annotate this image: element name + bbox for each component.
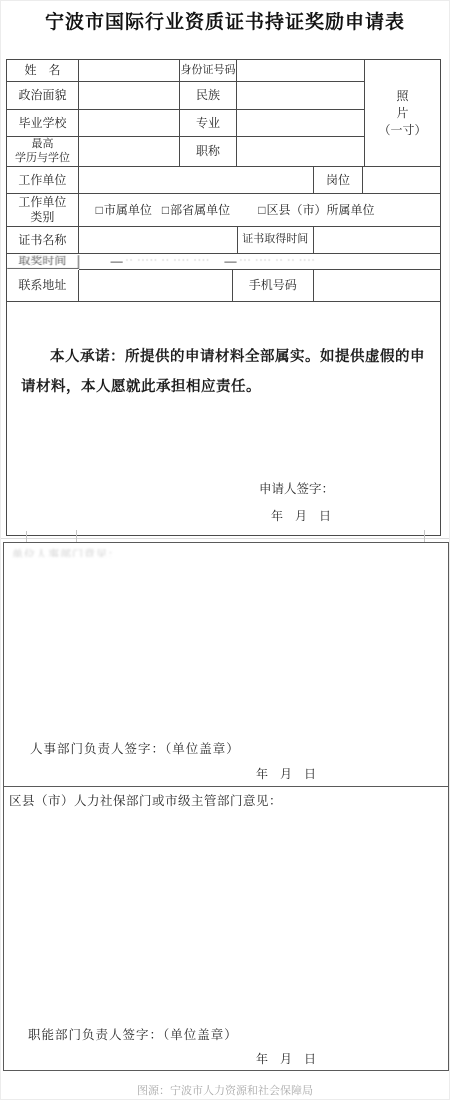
name-label: 姓 名 [7, 60, 79, 82]
table-row: 本人承诺：所提供的申请材料全部属实。如提供虚假的申请材料，本人愿就此承担相应责任… [7, 302, 440, 535]
form-title: 宁波市国际行业资质证书持证奖励申请表 [1, 7, 449, 34]
table-row: 证书名称 证书取得时间 [7, 227, 440, 254]
table-row: 联系地址 手机号码 [7, 270, 440, 302]
hr-date-line: 年 月 日 [256, 765, 316, 782]
checkbox-icon: □ [96, 203, 103, 217]
garbled-dash: — [111, 254, 123, 268]
district-opinion-header: 区县（市）人力社保部门或市级主管部门意见： [9, 791, 282, 809]
certificate-name-label: 证书名称 [7, 227, 79, 254]
table-row: 取奖时间 — ·· ····· ·· ···· ···· — ··· ···· … [7, 254, 440, 270]
major-label: 专业 [180, 110, 237, 137]
professional-title-label: 职称 [180, 137, 237, 167]
applicant-signature-label: 申请人签字： [259, 482, 334, 498]
source-caption: 图源：宁波市人力资源和社会保障局 [1, 1082, 449, 1098]
highest-degree-label: 最高 学历与学位 [7, 137, 79, 167]
school-label: 毕业学校 [7, 110, 79, 137]
post-label: 岗位 [314, 167, 364, 194]
seam-artifact [1, 538, 449, 539]
unit-type-label-line1: 工作单位 [18, 195, 66, 210]
contact-address-value-cell [79, 270, 233, 302]
unit-type-option: □市属单位 [96, 203, 152, 218]
unit-type-option: □部省属单位 [162, 203, 230, 218]
unit-type-label: 工作单位 类别 [7, 194, 79, 227]
review-opinions-table: 单位人事部门意见： 人事部门负责人签字：（单位盖章） 年 月 日 区县（市）人力… [3, 542, 449, 1071]
id-number-value-cell [237, 60, 365, 82]
garbled-text: ··· ···· ·· ·· ···· [239, 254, 315, 267]
garbled-text: ·· ····· ·· ···· ···· [126, 254, 211, 267]
highest-degree-label-line1: 最高 [32, 138, 54, 152]
table-row: 工作单位 类别 □市属单位 □部省属单位 □区县（市）所属单位 [7, 194, 440, 227]
id-number-label: 身份证号码 [180, 60, 237, 82]
political-status-label: 政治面貌 [7, 82, 79, 110]
table-row: 工作单位 岗位 [7, 167, 440, 194]
photo-label-line1: 照 [396, 88, 408, 105]
unit-type-option: □区县（市）所属单位 [258, 203, 374, 218]
contact-address-label: 联系地址 [7, 270, 79, 302]
section-divider [4, 786, 448, 787]
name-value-cell [79, 60, 180, 82]
unit-type-option-label: 市属单位 [104, 203, 152, 217]
degree-value-cell [79, 137, 180, 167]
award-time-label: 取奖时间 [7, 255, 79, 269]
mobile-value-cell [314, 270, 440, 302]
dept-date-line: 年 月 日 [256, 1050, 316, 1067]
certificate-time-label: 证书取得时间 [238, 227, 314, 254]
post-value-cell [363, 167, 440, 194]
highest-degree-label-line2: 学历与学位 [15, 152, 70, 166]
unit-type-options-cell: □市属单位 □部省属单位 □区县（市）所属单位 [79, 194, 440, 227]
garbled-dash: — [224, 254, 236, 268]
major-value-cell [237, 110, 365, 137]
mobile-label: 手机号码 [233, 270, 314, 302]
hr-opinion-faded-header: 单位人事部门意见： [12, 546, 120, 557]
checkbox-icon: □ [162, 203, 169, 217]
ethnicity-label: 民族 [180, 82, 237, 110]
checkbox-icon: □ [258, 203, 265, 217]
photo-cell: 照 片 （一寸） [365, 60, 440, 167]
unit-type-option-label: 部省属单位 [170, 203, 230, 217]
award-time-content-cell: — ·· ····· ·· ···· ···· — ··· ···· ·· ··… [79, 254, 440, 270]
work-unit-label: 工作单位 [7, 167, 79, 194]
photo-label-line3: （一寸） [378, 122, 426, 139]
dept-signature-line: 职能部门负责人签字：（单位盖章） [28, 1025, 238, 1043]
application-form-table: 姓 名 身份证号码 政治面貌 民族 毕业学校 专业 最高 学历与学位 职称 [6, 59, 441, 536]
hr-signature-line: 人事部门负责人签字：（单位盖章） [30, 739, 240, 757]
applicant-date-line: 年 月 日 [271, 509, 331, 524]
photo-label-line2: 片 [396, 105, 408, 122]
unit-type-label-line2: 类别 [30, 210, 54, 225]
document-page: 宁波市国际行业资质证书持证奖励申请表 姓 名 身份证号码 政治面貌 民族 毕业学… [0, 0, 450, 1100]
professional-title-value-cell [237, 137, 365, 167]
certificate-time-value-cell [314, 227, 440, 254]
political-status-value-cell [79, 82, 180, 110]
school-value-cell [79, 110, 180, 137]
ethnicity-value-cell [237, 82, 365, 110]
declaration-text: 本人承诺：所提供的申请材料全部属实。如提供虚假的申请材料，本人愿就此承担相应责任… [21, 342, 428, 402]
certificate-name-value-cell [79, 227, 238, 254]
declaration-cell: 本人承诺：所提供的申请材料全部属实。如提供虚假的申请材料，本人愿就此承担相应责任… [7, 302, 440, 535]
unit-type-option-label: 区县（市）所属单位 [266, 203, 374, 217]
work-unit-value-cell [79, 167, 314, 194]
